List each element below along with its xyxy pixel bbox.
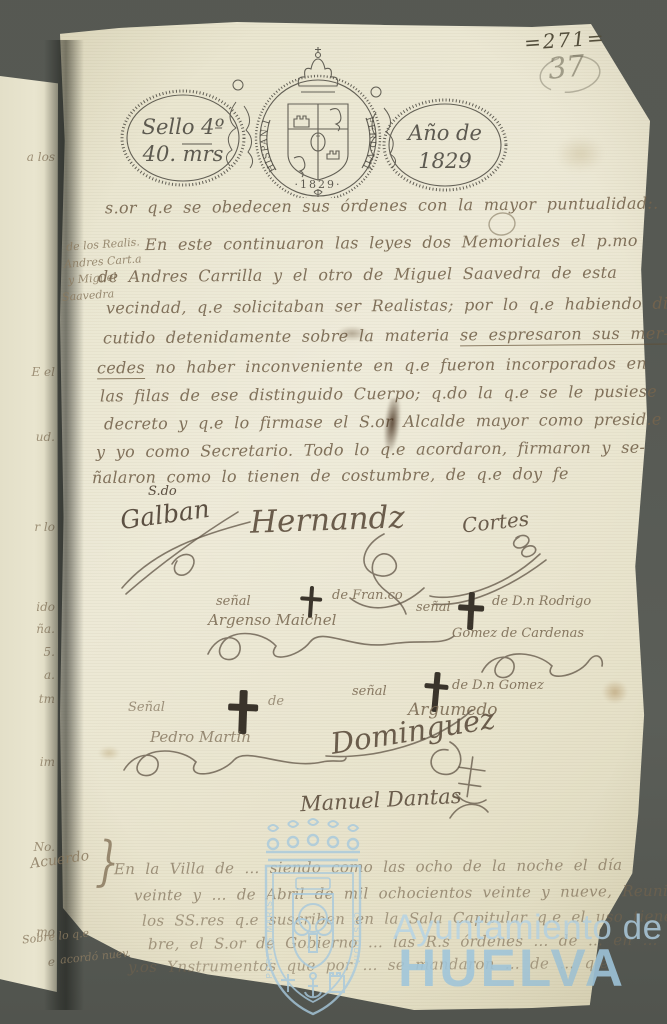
stamp-price: 40. mrs: [142, 142, 224, 166]
watermark-crown-icon: [266, 819, 360, 860]
lion-glyph: [330, 109, 341, 131]
watermark-city-name: HUELVA: [398, 938, 626, 999]
signature-galban-superscript: S.do: [148, 484, 177, 499]
watermark-tree-icon: [294, 904, 332, 952]
text-line: cutido detenidamente sobre la materia se…: [103, 324, 667, 348]
stamp-denomination: Sello 4º: [142, 115, 225, 139]
senal-label: señal: [352, 684, 387, 699]
manuscript-scan: a los E el ud. r lo ido ña. 5. a. tm im …: [0, 0, 667, 1024]
senal-label: señal: [216, 594, 251, 609]
signature-rubric-galban: [110, 506, 260, 598]
senal-of: de Fran.co: [332, 588, 403, 603]
lion-glyph: [294, 157, 305, 177]
watermark-anchor-icon: [305, 973, 321, 998]
stamp-year-value: 1829: [418, 149, 471, 173]
watermark-motto-left: PORTUS MARIS: [265, 900, 274, 979]
senal-of: de: [268, 694, 284, 709]
stamp-bottom-year: ·1829·: [295, 178, 342, 191]
tax-stamp: Sello 4º 40. mrs Año de 1829 HISPAN·IND·…: [118, 46, 518, 198]
senal-of: de D.n Gomez: [452, 678, 544, 693]
senal-name: Gomez de Cardenas: [452, 626, 584, 641]
signature-rubric-dantas: [442, 786, 496, 828]
stamp-year-label: Año de: [406, 121, 482, 145]
watermark-motto-right: CUSTODIA: [352, 912, 361, 965]
senal-of: de D.n Rodrigo: [492, 594, 591, 609]
senal-flourish: [200, 622, 460, 668]
castle-glyph: [294, 116, 309, 127]
signature-cross-mark: [457, 591, 485, 630]
royal-emblem: [256, 47, 380, 198]
watermark-coat-of-arms: PORTUS MARIS CUSTODIA: [258, 818, 368, 1018]
castle-glyph: [327, 151, 339, 159]
stamp-right-oval: [384, 100, 506, 190]
senal-label: Señal: [128, 700, 165, 715]
crown-icon: [298, 47, 338, 92]
senal-label: señal: [416, 600, 451, 615]
underlined-phrase: cedes: [97, 358, 145, 379]
underlined-phrase: se espresaron sus mer-: [460, 324, 667, 347]
pencil-circle-flourish: [533, 44, 607, 102]
royal-shield-icon: [288, 104, 348, 180]
text-run: cutido detenidamente sobre la materia: [103, 325, 460, 347]
